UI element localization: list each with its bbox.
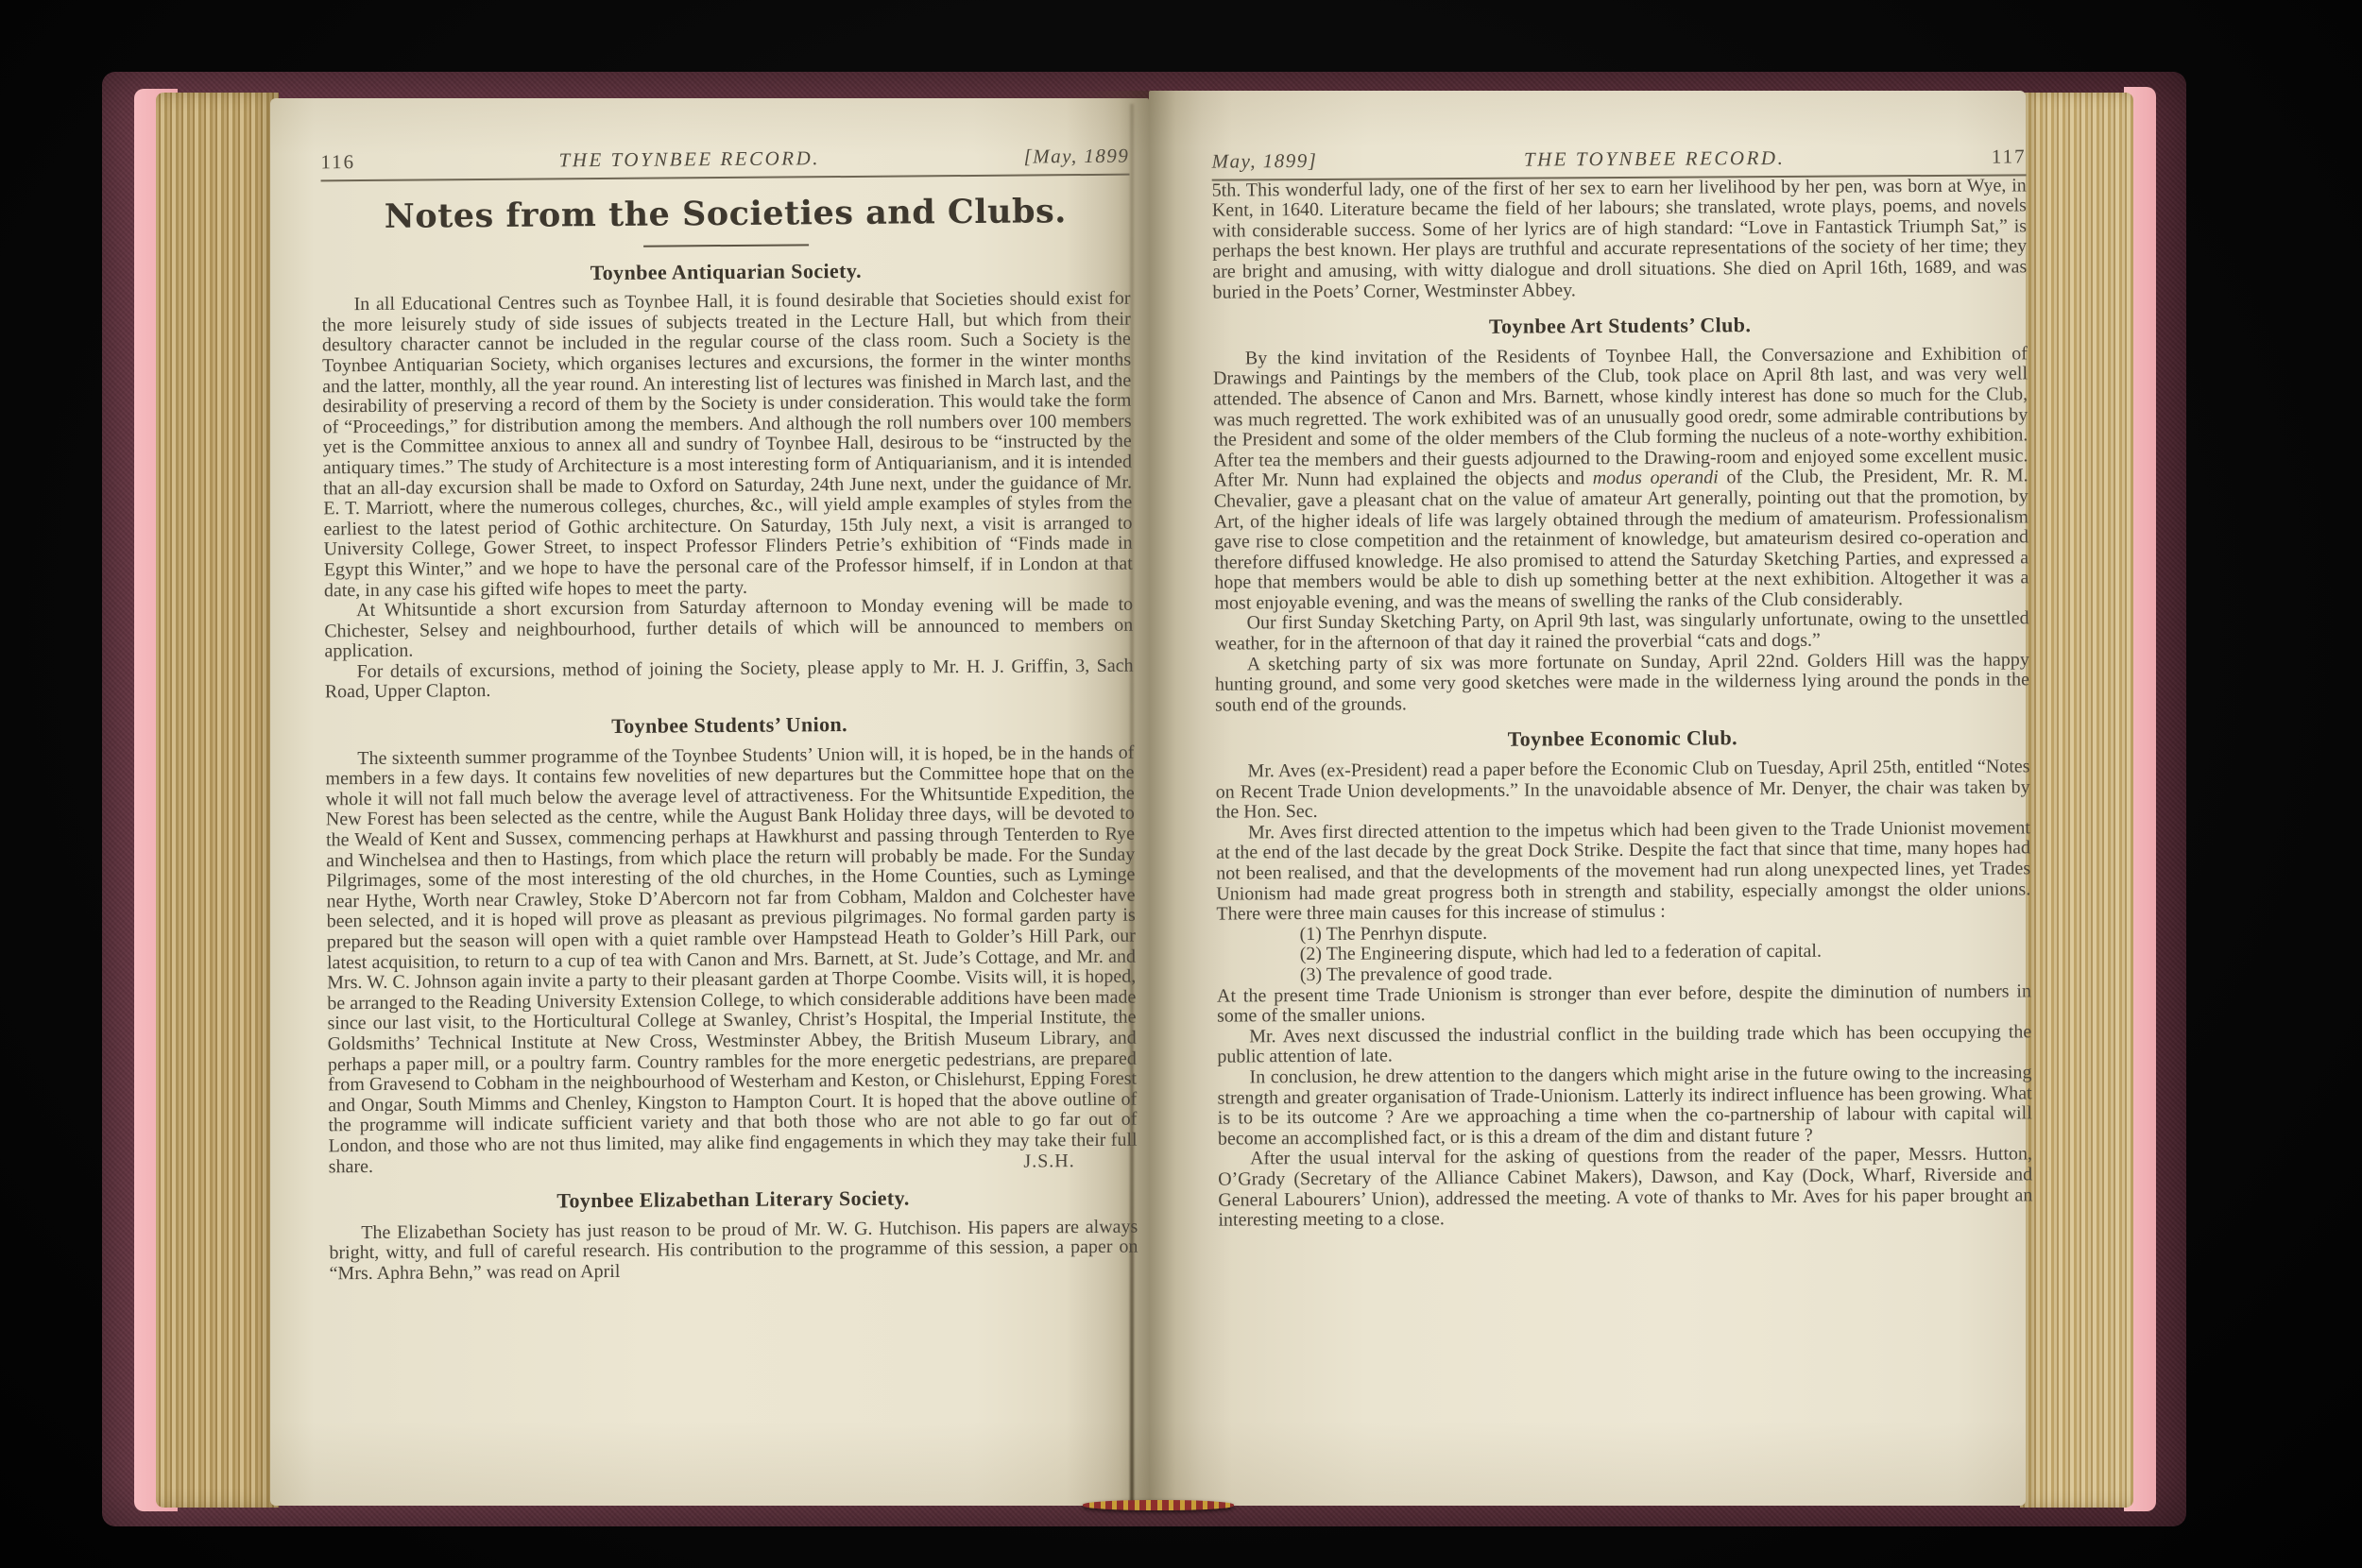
paragraph: By the kind invitation of the Residents … [1213,344,2029,614]
issue-date-left: [May, 1899 [1023,146,1129,167]
paragraph: The sixteenth summer programme of the To… [325,741,1137,1177]
section-heading-antiquarian: Toynbee Antiquarian Society. [321,258,1130,284]
section-heading-elizabethan: Toynbee Elizabethan Literary Society. [329,1186,1138,1213]
paragraph: At the present time Trade Unionism is st… [1217,981,2031,1027]
right-page-number: 117 [1992,146,2027,167]
right-page-content: May, 1899] THE TOYNBEE RECORD. 117 5th. … [1212,146,2033,1231]
journal-title-right: THE TOYNBEE RECORD. [1524,148,1786,170]
page-edges-right [2020,93,2133,1508]
book-photo: 116 THE TOYNBEE RECORD. [May, 1899 Notes… [0,0,2362,1568]
header-rule-left [321,173,1130,181]
paragraph: For details of excursions, method of joi… [325,656,1134,704]
right-running-header: May, 1899] THE TOYNBEE RECORD. 117 [1212,146,2027,172]
headband [1083,1500,1234,1510]
section-heading-art-club: Toynbee Art Students’ Club. [1213,314,2028,339]
paragraph: Mr. Aves first directed attention to the… [1216,818,2031,925]
latin-phrase: modus operandi [1593,468,1719,489]
author-initials: J.S.H. [991,1151,1075,1172]
page-edges-left [156,93,279,1508]
paragraph: After the usual interval for the asking … [1218,1145,2033,1232]
paragraph: Our first Sunday Sketching Party, on Apr… [1215,609,2029,655]
issue-date-right: May, 1899] [1212,151,1318,172]
paragraph: In conclusion, he drew attention to the … [1217,1063,2032,1150]
section-heading-economic-club: Toynbee Economic Club. [1215,726,2029,752]
left-page-content: 116 THE TOYNBEE RECORD. [May, 1899 Notes… [320,146,1138,1285]
paragraph: Mr. Aves (ex-President) read a paper bef… [1215,757,2029,823]
title-rule [643,244,809,247]
left-page-number: 116 [320,152,355,173]
paragraph: The Elizabethan Society has just reason … [329,1217,1138,1285]
paragraph: A sketching party of six was more fortun… [1215,650,2029,716]
journal-title-left: THE TOYNBEE RECORD. [559,148,821,171]
paragraph-with-signature: The sixteenth summer programme of the To… [325,742,1138,1177]
continuation-paragraph: 5th. This wonderful lady, one of the fir… [1212,176,2028,303]
paragraph: At Whitsuntide a short excursion from Sa… [324,595,1133,663]
paragraph: Mr. Aves next discussed the industrial c… [1217,1022,2031,1067]
section-heading-students-union: Toynbee Students’ Union. [325,712,1134,739]
paragraph: In all Educational Centres such as Toynb… [321,289,1133,602]
article-title: Notes from the Societies and Clubs. [321,192,1130,236]
